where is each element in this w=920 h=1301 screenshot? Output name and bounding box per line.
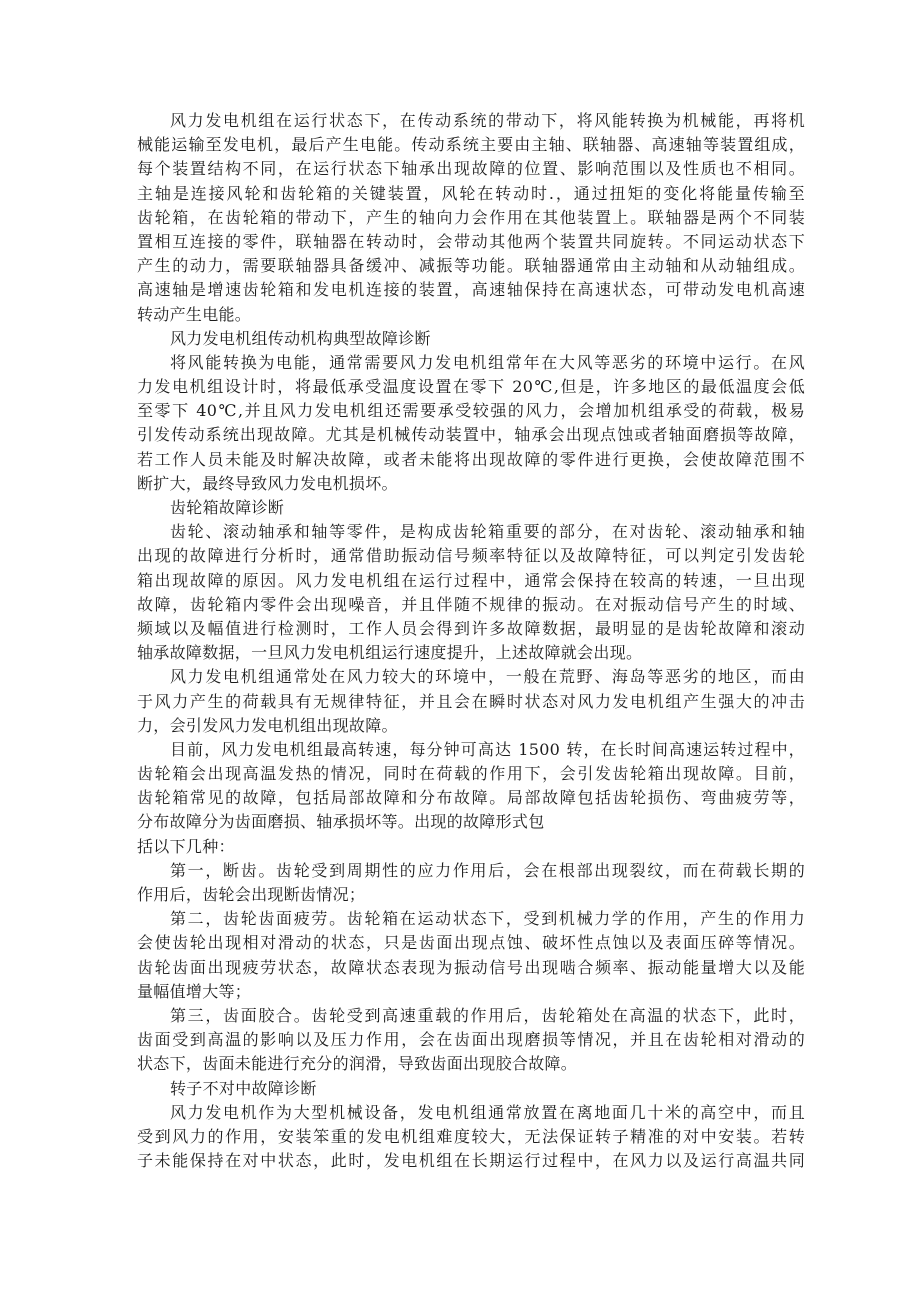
- text-line: 断扩大，最终导致风力发电机损坏。: [137, 472, 805, 496]
- text-line: 齿轮、滚动轴承和轴等零件，是构成齿轮箱重要的部分，在对齿轮、滚动轴承和轴: [137, 520, 805, 544]
- text-line: 第一，断齿。齿轮受到周期性的应力作用后，会在根部出现裂纹，而在荷载长期的: [137, 859, 805, 883]
- text-line: 括以下几种：: [137, 835, 805, 859]
- text-line: 置相互连接的零件，联轴器在转动时，会带动其他两个装置共同旋转。不同运动状态下: [137, 230, 805, 254]
- text-line: 会使齿轮出现相对滑动的状态，只是齿面出现点蚀、破坏性点蚀以及表面压碎等情况。: [137, 931, 805, 955]
- document-text-block: 风力发电机组在运行状态下，在传动系统的带动下，将风能转换为机械能，再将机械能运输…: [137, 109, 805, 1173]
- text-line: 箱出现故障的原因。风力发电机组在运行过程中，通常会保持在较高的转速，一旦出现: [137, 569, 805, 593]
- text-line: 转子不对中故障诊断: [137, 1077, 805, 1101]
- text-line: 风力发电机组通常处在风力较大的环境中，一般在荒野、海岛等恶劣的地区，而由: [137, 665, 805, 689]
- text-line: 受到风力的作用，安装笨重的发电机组难度较大，无法保证转子精准的对中安装。若转: [137, 1125, 805, 1149]
- text-line: 状态下，齿面未能进行充分的润滑，导致齿面出现胶合故障。: [137, 1052, 805, 1076]
- text-line: 转动产生电能。: [137, 303, 805, 327]
- text-line: 齿轮箱会出现高温发热的情况，同时在荷载的作用下，会引发齿轮箱出现故障。目前，: [137, 762, 805, 786]
- text-line: 力发电机组设计时，将最低承受温度设置在零下 20℃,但是，许多地区的最低温度会低: [137, 375, 805, 399]
- text-line: 目前，风力发电机组最高转速，每分钟可高达 1500 转，在长时间高速运转过程中，: [137, 738, 805, 762]
- text-line: 风力发电机组传动机构典型故障诊断: [137, 327, 805, 351]
- text-line: 若工作人员未能及时解决故障，或者未能将出现故障的零件进行更换，会使故障范围不: [137, 448, 805, 472]
- text-line: 出现的故障进行分析时，通常借助振动信号频率特征以及故障特征，可以判定引发齿轮: [137, 544, 805, 568]
- text-line: 高速轴是增速齿轮箱和发电机连接的装置，高速轴保持在高速状态，可带动发电机高速: [137, 278, 805, 302]
- text-line: 齿面受到高温的影响以及压力作用，会在齿面出现磨损等情况，并且在齿轮相对滑动的: [137, 1028, 805, 1052]
- text-line: 产生的动力，需要联轴器具备缓冲、减振等功能。联轴器通常由主动轴和从动轴组成。: [137, 254, 805, 278]
- text-line: 至零下 40℃,并且风力发电机组还需要承受较强的风力，会增加机组承受的荷载，极易: [137, 399, 805, 423]
- text-line: 频域以及幅值进行检测时，工作人员会得到许多故障数据，最明显的是齿轮故障和滚动: [137, 617, 805, 641]
- text-line: 风力发电机作为大型机械设备，发电机组通常放置在离地面几十米的高空中，而且: [137, 1101, 805, 1125]
- text-line: 齿轮箱故障诊断: [137, 496, 805, 520]
- document-page: 风力发电机组在运行状态下，在传动系统的带动下，将风能转换为机械能，再将机械能运输…: [0, 0, 920, 1301]
- text-line: 齿轮齿面出现疲劳状态，故障状态表现为振动信号出现啮合频率、振动能量增大以及能: [137, 956, 805, 980]
- text-line: 第三，齿面胶合。齿轮受到高速重载的作用后，齿轮箱处在高温的状态下，此时，: [137, 1004, 805, 1028]
- text-line: 力，会引发风力发电机组出现故障。: [137, 714, 805, 738]
- text-line: 械能运输至发电机，最后产生电能。传动系统主要由主轴、联轴器、高速轴等装置组成，: [137, 133, 805, 157]
- text-line: 将风能转换为电能，通常需要风力发电机组常年在大风等恶劣的环境中运行。在风: [137, 351, 805, 375]
- text-line: 于风力产生的荷载具有无规律特征，并且会在瞬时状态对风力发电机组产生强大的冲击: [137, 690, 805, 714]
- text-line: 分布故障分为齿面磨损、轴承损坏等。出现的故障形式包: [137, 810, 805, 834]
- text-line: 量幅值增大等；: [137, 980, 805, 1004]
- text-line: 主轴是连接风轮和齿轮箱的关键装置，风轮在转动时.，通过扭矩的变化将能量传输至: [137, 182, 805, 206]
- text-line: 第二，齿轮齿面疲劳。齿轮箱在运动状态下，受到机械力学的作用，产生的作用力: [137, 907, 805, 931]
- text-line: 齿轮箱，在齿轮箱的带动下，产生的轴向力会作用在其他装置上。联轴器是两个不同装: [137, 206, 805, 230]
- text-line: 轴承故障数据，一旦风力发电机组运行速度提升，上述故障就会出现。: [137, 641, 805, 665]
- text-line: 引发传动系统出现故障。尤其是机械传动装置中，轴承会出现点蚀或者轴面磨损等故障，: [137, 423, 805, 447]
- text-line: 故障，齿轮箱内零件会出现噪音，并且伴随不规律的振动。在对振动信号产生的时域、: [137, 593, 805, 617]
- text-line: 风力发电机组在运行状态下，在传动系统的带动下，将风能转换为机械能，再将机: [137, 109, 805, 133]
- text-line: 齿轮箱常见的故障，包括局部故障和分布故障。局部故障包括齿轮损伤、弯曲疲劳等，: [137, 786, 805, 810]
- text-line: 每个装置结构不同，在运行状态下轴承出现故障的位置、影响范围以及性质也不相同。: [137, 157, 805, 181]
- text-line: 子未能保持在对中状态，此时，发电机组在长期运行过程中，在风力以及运行高温共同: [137, 1149, 805, 1173]
- text-line: 作用后，齿轮会出现断齿情况；: [137, 883, 805, 907]
